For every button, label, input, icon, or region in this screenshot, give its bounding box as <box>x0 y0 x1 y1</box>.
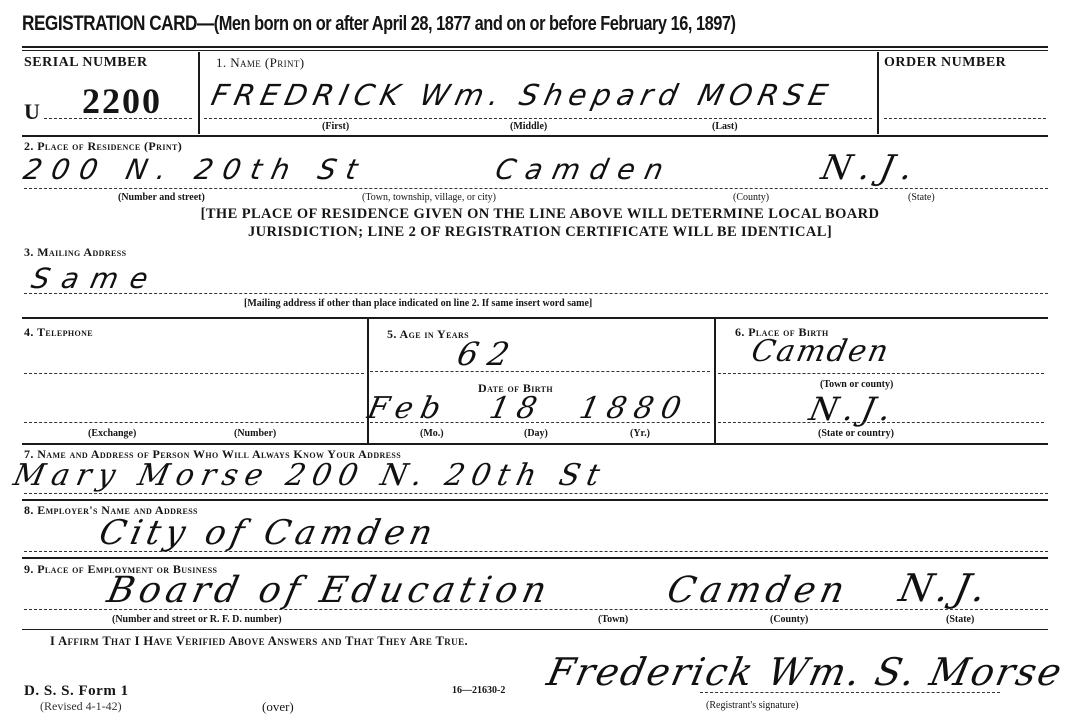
mailing-caption: [Mailing address if other than place ind… <box>244 298 592 309</box>
employment-state-caption: (State) <box>946 614 974 625</box>
dob-year-caption: (Yr.) <box>630 428 650 439</box>
rule-top-2 <box>22 50 1048 51</box>
residence-town-caption: (Town, township, village, or city) <box>362 192 496 203</box>
residence-county-caption: (County) <box>733 192 769 203</box>
dob-year-field[interactable]: 1880 <box>576 391 692 426</box>
employment-street-caption: (Number and street or R. F. D. number) <box>112 614 282 625</box>
form-number: D. S. S. Form 1 <box>24 683 129 700</box>
birthplace-state-line <box>718 422 1044 423</box>
serial-number-value: 2200 <box>82 81 162 121</box>
order-number-label: ORDER NUMBER <box>884 55 1006 71</box>
telephone-label: 4. Telephone <box>24 325 93 340</box>
mailing-line <box>24 293 1048 294</box>
rule-row7 <box>22 499 1048 501</box>
age-line <box>370 371 710 372</box>
card-title-main: REGISTRATION CARD— <box>22 12 214 35</box>
card-title: REGISTRATION CARD—(Men born on or after … <box>22 12 735 36</box>
signature-field[interactable]: Frederick Wm. S. Morse <box>543 650 1067 694</box>
print-code: 16—21630-2 <box>452 685 505 696</box>
telephone-exchange-caption: (Exchange) <box>88 428 136 439</box>
residence-town-field[interactable]: Camden <box>492 153 676 186</box>
mailing-address-label: 3. Mailing Address <box>24 245 126 260</box>
employment-line <box>24 609 1048 610</box>
name-middle-caption: (Middle) <box>510 121 547 132</box>
employment-town-caption: (Town) <box>598 614 628 625</box>
employment-town-field[interactable]: Camden <box>664 570 853 611</box>
order-number-field[interactable] <box>884 118 1046 119</box>
dob-day-caption: (Day) <box>524 428 548 439</box>
birthplace-town-caption: (Town or county) <box>820 379 893 390</box>
mailing-address-field[interactable]: Same <box>28 262 162 295</box>
residence-street-field[interactable]: 200 N. 20th St <box>20 153 370 186</box>
serial-number-label: SERIAL NUMBER <box>24 55 148 71</box>
name-line <box>204 118 872 119</box>
contact-line <box>24 493 1048 494</box>
employer-field[interactable]: City of Camden <box>96 513 441 553</box>
telephone-exchange-line[interactable] <box>24 373 364 374</box>
serial-number-field[interactable]: 2200 <box>82 80 162 122</box>
residence-street-caption: (Number and street) <box>118 192 205 203</box>
dob-line <box>370 422 710 423</box>
birthplace-town-field[interactable]: Camden <box>748 334 893 369</box>
employment-county-caption: (County) <box>770 614 808 625</box>
rule-row3 <box>22 317 1048 319</box>
employment-place-field[interactable]: Board of Education <box>104 570 555 611</box>
employer-line <box>24 551 1048 552</box>
telephone-number-line[interactable] <box>24 422 364 423</box>
dob-day-field[interactable]: 18 <box>486 391 548 426</box>
signature-line <box>700 692 1000 693</box>
divider-birthplace <box>714 319 716 443</box>
rule-row8 <box>22 557 1048 559</box>
rule-top <box>22 46 1048 48</box>
serial-prefix: U <box>24 99 40 125</box>
name-first-caption: (First) <box>322 121 349 132</box>
residence-line <box>24 188 1048 189</box>
birthplace-town-line <box>718 373 1044 374</box>
age-label: 5. Age in Years <box>387 327 469 342</box>
rule-row1 <box>22 135 1048 137</box>
over-note: (over) <box>262 699 294 715</box>
form-revised: (Revised 4-1-42) <box>40 699 122 714</box>
employment-state-field[interactable]: N.J. <box>895 566 996 610</box>
rule-row9 <box>22 629 1048 630</box>
rule-row4 <box>22 443 1048 445</box>
age-field[interactable]: 62 <box>454 335 523 373</box>
card-title-subtitle: (Men born on or after April 28, 1877 and… <box>214 13 736 35</box>
birthplace-state-caption: (State or country) <box>818 428 894 439</box>
dob-month-caption: (Mo.) <box>420 428 444 439</box>
name-last-caption: (Last) <box>712 121 738 132</box>
residence-state-caption: (State) <box>908 192 935 203</box>
affirmation-text: I Affirm That I Have Verified Above Answ… <box>50 634 468 649</box>
signature-caption: (Registrant's signature) <box>706 700 799 711</box>
contact-field[interactable]: Mary Morse 200 N. 20th St <box>10 458 610 493</box>
divider-order <box>877 52 879 134</box>
name-label: 1. Name (Print) <box>216 55 305 71</box>
dob-month-field[interactable]: Feb <box>364 391 452 426</box>
divider-serial <box>198 52 200 134</box>
residence-notice-line1: [THE PLACE OF RESIDENCE GIVEN ON THE LIN… <box>90 206 990 223</box>
residence-label: 2. Place of Residence (Print) <box>24 139 182 154</box>
residence-notice-line2: JURISDICTION; LINE 2 OF REGISTRATION CER… <box>90 224 990 241</box>
name-field[interactable]: FREDRICK Wm. Shepard MORSE <box>208 78 836 112</box>
residence-state-field[interactable]: N.J. <box>818 148 927 188</box>
telephone-number-caption: (Number) <box>234 428 276 439</box>
